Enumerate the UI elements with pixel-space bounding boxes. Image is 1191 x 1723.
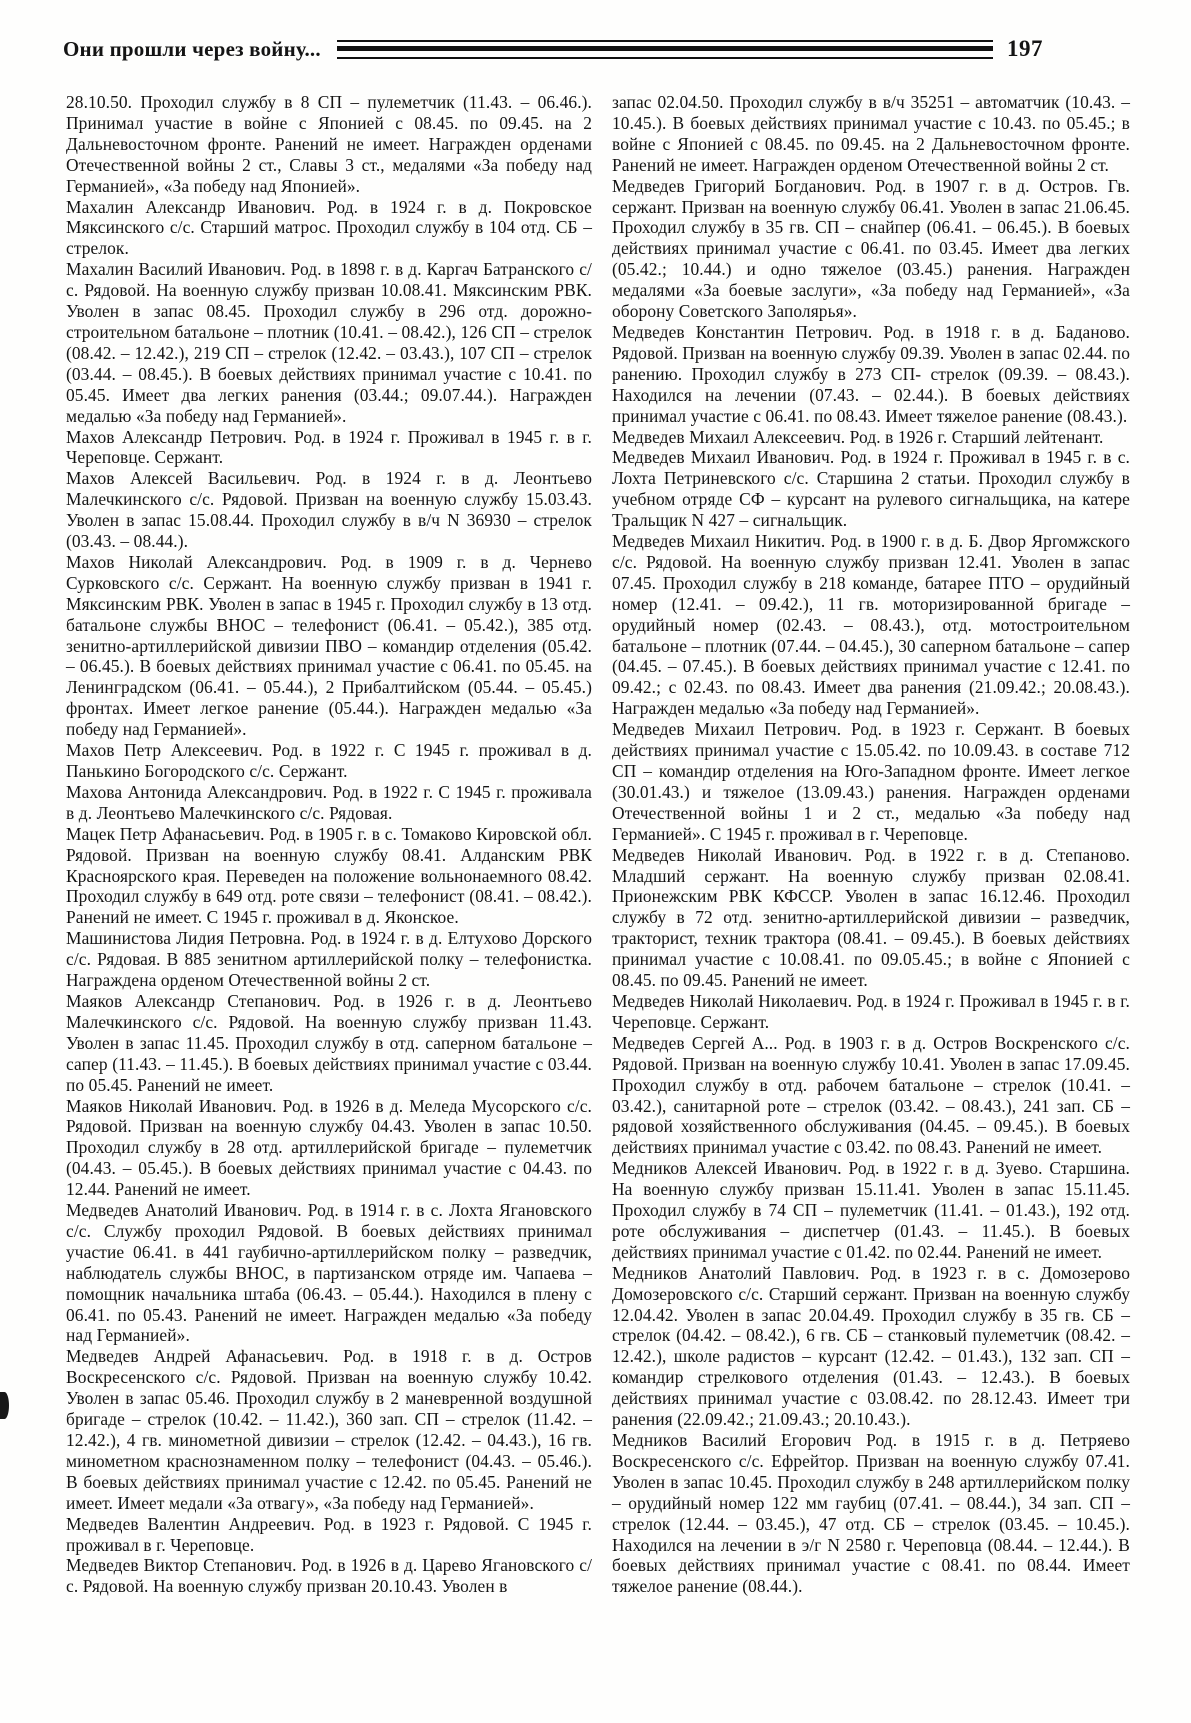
entry-paragraph: Маяков Александр Степанович. Род. в 1926… (66, 991, 592, 1096)
entry-paragraph: Медведев Михаил Петрович. Род. в 1923 г.… (612, 719, 1130, 844)
scan-artifact-left-edge (0, 1392, 9, 1419)
entry-paragraph: запас 02.04.50. Проходил службу в в/ч 35… (612, 92, 1130, 176)
entry-paragraph: Медведев Николай Николаевич. Род. в 1924… (612, 991, 1130, 1033)
book-page: Они прошли через войну... 197 28.10.50. … (0, 0, 1191, 1723)
text-column-right: запас 02.04.50. Проходил службу в в/ч 35… (612, 92, 1130, 1597)
header-rule-divider (337, 40, 993, 59)
entry-paragraph: Медведев Николай Иванович. Род. в 1922 г… (612, 845, 1130, 991)
entry-paragraph: Медведев Михаил Алексеевич. Род. в 1926 … (612, 427, 1130, 448)
text-column-left: 28.10.50. Проходил службу в 8 СП – пулем… (66, 92, 592, 1597)
entry-paragraph: Мацек Петр Афанасьевич. Род. в 1905 г. в… (66, 824, 592, 929)
entry-paragraph: Медведев Валентин Андреевич. Род. в 1923… (66, 1514, 592, 1556)
entry-paragraph: Медников Алексей Иванович. Род. в 1922 г… (612, 1158, 1130, 1263)
entry-paragraph: Медников Анатолий Павлович. Род. в 1923 … (612, 1263, 1130, 1430)
page-number: 197 (1007, 36, 1043, 62)
entry-paragraph: Махов Петр Алексеевич. Род. в 1922 г. С … (66, 740, 592, 782)
entry-paragraph: Маяков Николай Иванович. Род. в 1926 в д… (66, 1096, 592, 1201)
entry-paragraph: Медведев Григорий Богданович. Род. в 190… (612, 176, 1130, 322)
entry-paragraph: Медведев Михаил Иванович. Род. в 1924 г.… (612, 447, 1130, 531)
entry-paragraph: Махов Александр Петрович. Род. в 1924 г.… (66, 427, 592, 469)
running-title: Они прошли через войну... (63, 37, 321, 62)
entry-paragraph: Медведев Константин Петрович. Род. в 191… (612, 322, 1130, 427)
entry-paragraph: Медведев Михаил Никитич. Род. в 1900 г. … (612, 531, 1130, 719)
entry-paragraph: Машинистова Лидия Петровна. Род. в 1924 … (66, 928, 592, 991)
entry-paragraph: Махалин Василий Иванович. Род. в 1898 г.… (66, 259, 592, 426)
page-header: Они прошли через войну... 197 (63, 36, 1043, 62)
entry-paragraph: Медведев Анатолий Иванович. Род. в 1914 … (66, 1200, 592, 1346)
entry-paragraph: Медведев Андрей Афанасьевич. Род. в 1918… (66, 1346, 592, 1513)
entry-paragraph: 28.10.50. Проходил службу в 8 СП – пулем… (66, 92, 592, 197)
entry-paragraph: Махов Николай Александрович. Род. в 1909… (66, 552, 592, 740)
entry-paragraph: Медведев Виктор Степанович. Род. в 1926 … (66, 1555, 592, 1597)
entry-paragraph: Медников Василий Егорович Род. в 1915 г.… (612, 1430, 1130, 1597)
entry-paragraph: Махова Антонида Александрович. Род. в 19… (66, 782, 592, 824)
entry-paragraph: Махалин Александр Иванович. Род. в 1924 … (66, 197, 592, 260)
entry-paragraph: Махов Алексей Васильевич. Род. в 1924 г.… (66, 468, 592, 552)
entry-paragraph: Медведев Сергей А... Род. в 1903 г. в д.… (612, 1033, 1130, 1158)
